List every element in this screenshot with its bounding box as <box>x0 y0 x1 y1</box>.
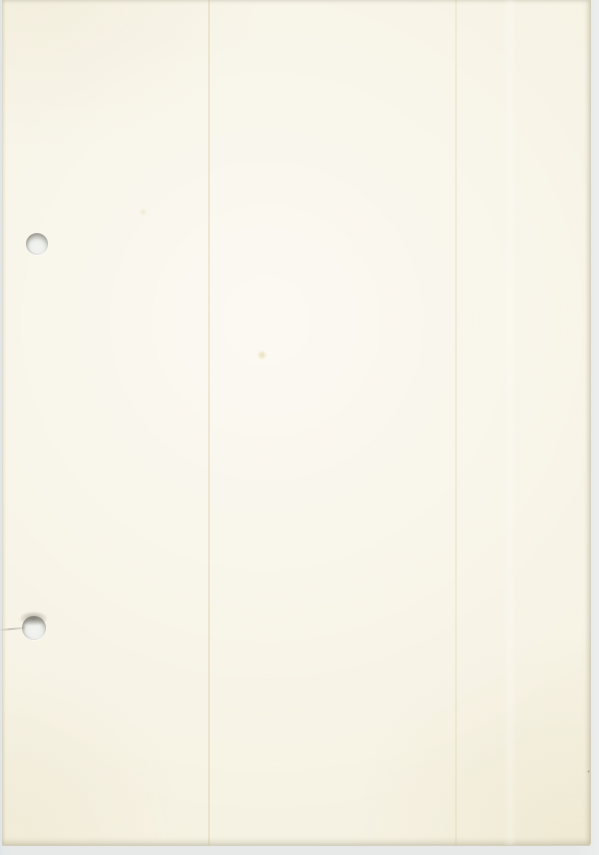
punch-hole <box>22 616 46 640</box>
paper-stain <box>257 350 267 360</box>
paper-stain <box>139 208 147 216</box>
punch-hole <box>26 233 48 255</box>
paper-page <box>2 0 591 846</box>
crease-line <box>208 0 210 845</box>
paper-stain <box>587 770 590 773</box>
crease-line <box>455 0 457 845</box>
scanner-background <box>0 0 599 855</box>
scan-light-band <box>503 0 517 845</box>
